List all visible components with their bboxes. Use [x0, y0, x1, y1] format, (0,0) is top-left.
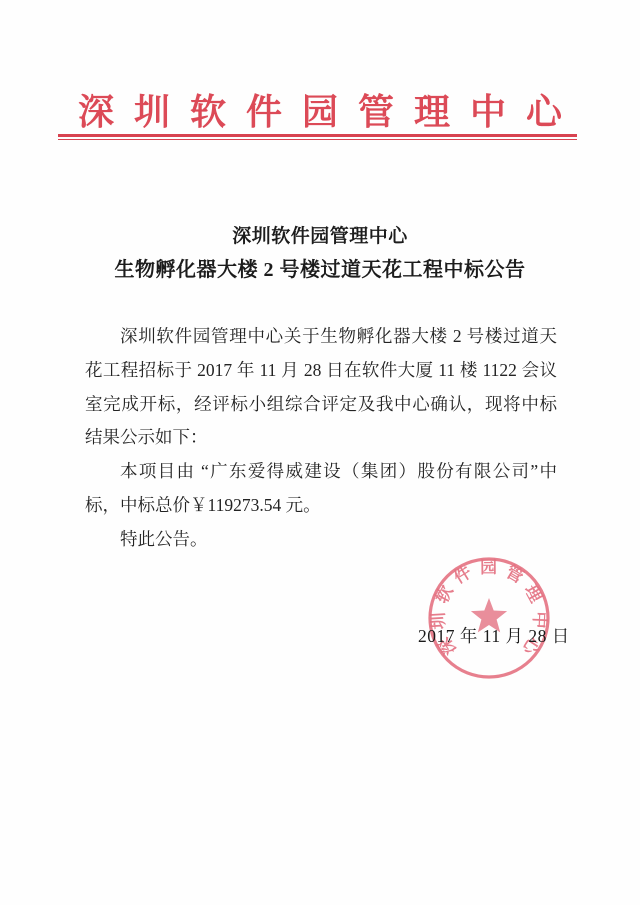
paragraph-closing: 特此公告。 [85, 523, 557, 557]
document-page: 深圳软件园管理中心 深圳软件园管理中心 生物孵化器大楼 2 号楼过道天花工程中标… [0, 0, 640, 905]
document-title-line2: 生物孵化器大楼 2 号楼过道天花工程中标公告 [0, 253, 640, 282]
official-seal-stamp: 深圳软件园管理中心 [424, 554, 554, 684]
body-text: 深圳软件园管理中心关于生物孵化器大楼 2 号楼过道天花工程招标于 2017 年 … [85, 320, 557, 557]
document-title-line1: 深圳软件园管理中心 [0, 221, 640, 248]
letterhead-title: 深圳软件园管理中心 [0, 84, 640, 135]
paragraph-award-result: 本项目由 “广东爱得威建设（集团）股份有限公司”中标，中标总价￥119273.5… [85, 455, 557, 523]
paragraph-opening: 深圳软件园管理中心关于生物孵化器大楼 2 号楼过道天花工程招标于 2017 年 … [85, 320, 557, 455]
signature-date: 2017 年 11 月 28 日 [418, 623, 570, 648]
letterhead-rule [58, 134, 577, 140]
